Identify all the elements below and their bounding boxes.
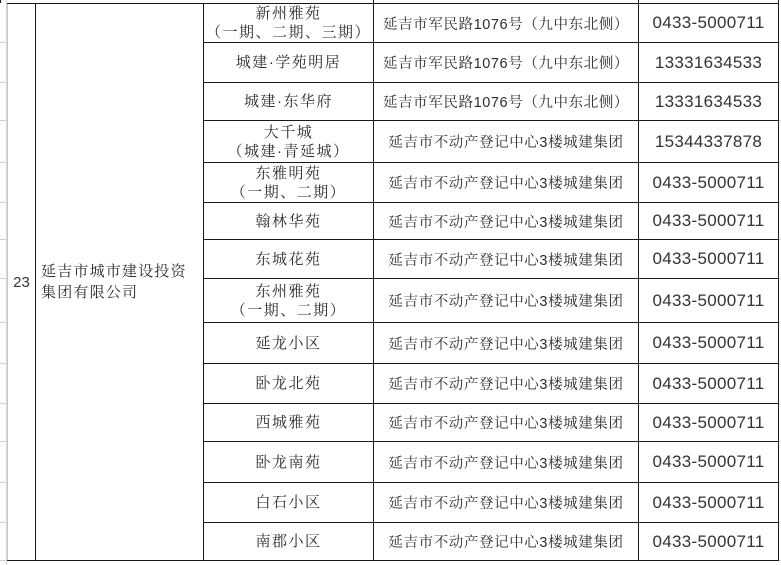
estate-name: 东雅明苑 [204, 164, 373, 183]
address-cell: 延吉市不动产登记中心3楼城建集团 [374, 364, 639, 404]
sheet-gridline [0, 42, 6, 43]
sheet-gridline [0, 522, 6, 523]
estate-name-line2: （一期、二期） [204, 301, 373, 320]
estate-name-cell: 城建·学苑明居 [204, 43, 374, 83]
address-cell: 延吉市不动产登记中心3楼城建集团 [374, 442, 639, 483]
address-cell: 延吉市不动产登记中心3楼城建集团 [374, 279, 639, 323]
estate-name: 大千城 [204, 123, 373, 142]
table-row: 23 延吉市城市建设投资集团有限公司 新州雅苑 （一期、二期、三期） 延吉市军民… [8, 4, 779, 43]
sheet-gridline [0, 441, 6, 442]
sheet-gridline [0, 560, 6, 561]
estate-name-cell: 延龙小区 [204, 323, 374, 364]
address-cell: 延吉市不动产登记中心3楼城建集团 [374, 523, 639, 561]
estate-name-cell: 卧龙北苑 [204, 364, 374, 404]
contacts-table: 23 延吉市城市建设投资集团有限公司 新州雅苑 （一期、二期、三期） 延吉市军民… [7, 3, 779, 561]
estate-name-cell: 西城雅苑 [204, 404, 374, 442]
phone-cell: 0433-5000711 [639, 404, 779, 442]
phone-cell: 0433-5000711 [639, 240, 779, 279]
sheet-gridline [0, 82, 6, 83]
address-cell: 延吉市不动产登记中心3楼城建集团 [374, 203, 639, 240]
estate-name-cell: 东城花苑 [204, 240, 374, 279]
address-cell: 延吉市不动产登记中心3楼城建集团 [374, 483, 639, 523]
estate-name: 延龙小区 [204, 334, 373, 353]
address-cell: 延吉市军民路1076号（九中东北侧） [374, 43, 639, 83]
estate-name-line2: （一期、二期） [204, 183, 373, 202]
phone-cell: 0433-5000711 [639, 163, 779, 203]
sheet-gridline [0, 482, 6, 483]
estate-name: 西城雅苑 [204, 413, 373, 432]
phone-cell: 0433-5000711 [639, 203, 779, 240]
sheet-gridline [0, 403, 6, 404]
phone-cell: 0433-5000711 [639, 323, 779, 364]
phone-cell: 0433-5000711 [639, 442, 779, 483]
phone-cell: 0433-5000711 [639, 279, 779, 323]
estate-name-cell: 新州雅苑 （一期、二期、三期） [204, 4, 374, 43]
sheet-gridline [0, 202, 6, 203]
phone-cell: 13331634533 [639, 83, 779, 121]
phone-cell: 0433-5000711 [639, 364, 779, 404]
contacts-table-wrapper: 23 延吉市城市建设投资集团有限公司 新州雅苑 （一期、二期、三期） 延吉市军民… [7, 3, 779, 561]
address-cell: 延吉市军民路1076号（九中东北侧） [374, 4, 639, 43]
estate-name: 新州雅苑 [204, 4, 373, 23]
phone-cell: 13331634533 [639, 43, 779, 83]
estate-name-cell: 城建·东华府 [204, 83, 374, 121]
address-cell: 延吉市军民路1076号（九中东北侧） [374, 83, 639, 121]
estate-name: 卧龙北苑 [204, 374, 373, 393]
estate-name: 翰林华苑 [204, 212, 373, 231]
top-border-stub [0, 0, 1, 3]
estate-name-cell: 白石小区 [204, 483, 374, 523]
phone-cell: 0433-5000711 [639, 483, 779, 523]
estate-name: 卧龙南苑 [204, 453, 373, 472]
sheet-gridline [0, 363, 6, 364]
sheet-gridline [0, 120, 6, 121]
phone-cell: 15344337878 [639, 121, 779, 163]
estate-name-cell: 东雅明苑 （一期、二期） [204, 163, 374, 203]
estate-name-cell: 翰林华苑 [204, 203, 374, 240]
estate-name-cell: 东州雅苑 （一期、二期） [204, 279, 374, 323]
row-number-cell: 23 [8, 4, 36, 561]
estate-name: 南郡小区 [204, 532, 373, 551]
address-cell: 延吉市不动产登记中心3楼城建集团 [374, 323, 639, 364]
estate-name-line2: （城建·青延城） [204, 142, 373, 161]
estate-name-cell: 大千城 （城建·青延城） [204, 121, 374, 163]
sheet-gridline [0, 239, 6, 240]
estate-name: 城建·学苑明居 [204, 53, 373, 72]
estate-name: 东城花苑 [204, 250, 373, 269]
estate-name: 东州雅苑 [204, 282, 373, 301]
estate-name: 城建·东华府 [204, 92, 373, 111]
sheet-gridline [0, 162, 6, 163]
sheet-left-gutter [0, 0, 7, 565]
address-cell: 延吉市不动产登记中心3楼城建集团 [374, 240, 639, 279]
estate-name: 白石小区 [204, 493, 373, 512]
address-cell: 延吉市不动产登记中心3楼城建集团 [374, 163, 639, 203]
estate-name-cell: 卧龙南苑 [204, 442, 374, 483]
address-cell: 延吉市不动产登记中心3楼城建集团 [374, 121, 639, 163]
sheet-gridline [0, 322, 6, 323]
phone-cell: 0433-5000711 [639, 523, 779, 561]
estate-name-cell: 南郡小区 [204, 523, 374, 561]
phone-cell: 0433-5000711 [639, 4, 779, 43]
estate-name-line2: （一期、二期、三期） [204, 23, 373, 42]
sheet-gridline [0, 278, 6, 279]
address-cell: 延吉市不动产登记中心3楼城建集团 [374, 404, 639, 442]
company-name-cell: 延吉市城市建设投资集团有限公司 [36, 4, 204, 561]
